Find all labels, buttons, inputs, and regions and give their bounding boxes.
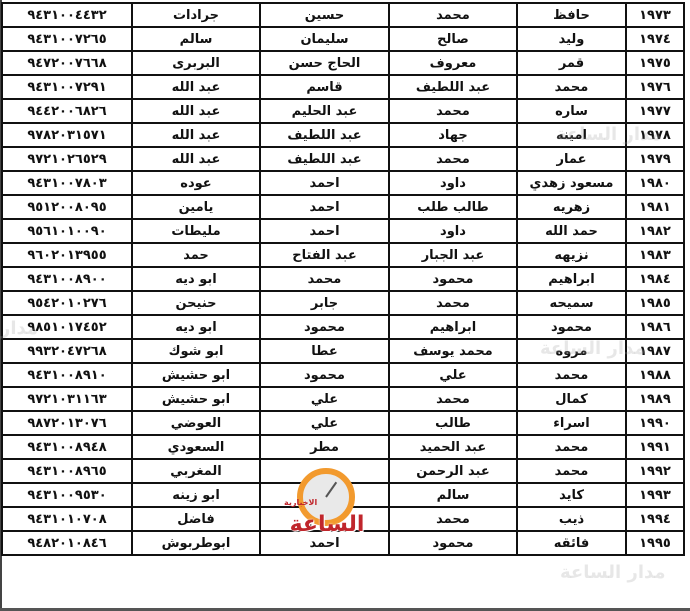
national-number: ٩٥٤٢٠١٠٢٧٦: [2, 291, 132, 315]
grandfather-name: عبد الفتاح: [260, 243, 389, 267]
first-name: محمد: [517, 435, 626, 459]
national-number: ٩٤٣١٠٠٩٥٣٠: [2, 483, 132, 507]
family-name: عبد الله: [132, 123, 260, 147]
table-row: ١٩٩٣ كايد سالم ابو زينه ٩٤٣١٠٠٩٥٣٠: [2, 483, 684, 507]
grandfather-name: احمد: [260, 219, 389, 243]
row-id: ١٩٧٤: [626, 27, 684, 51]
father-name: ابراهيم: [389, 315, 517, 339]
first-name: حمد الله: [517, 219, 626, 243]
table-row: ١٩٨٠ مسعود زهدي داود احمد عوده ٩٤٣١٠٠٧٨٠…: [2, 171, 684, 195]
national-number: ٩٨٥١٠١٧٤٥٢: [2, 315, 132, 339]
table-row: ١٩٨٨ محمد علي محمود ابو حشيش ٩٤٣١٠٠٨٩١٠: [2, 363, 684, 387]
father-name: عبد الجبار: [389, 243, 517, 267]
family-name: البربرى: [132, 51, 260, 75]
grandfather-name: محمد: [260, 267, 389, 291]
first-name: حافظ: [517, 3, 626, 27]
row-id: ١٩٩١: [626, 435, 684, 459]
table-row: ١٩٧٣ حافظ محمد حسين جرادات ٩٤٣١٠٠٤٤٣٢: [2, 3, 684, 27]
father-name: صالح: [389, 27, 517, 51]
father-name: محمود: [389, 267, 517, 291]
table-row: ١٩٩٥ فائقه محمود احمد ابوطربوش ٩٤٨٢٠١٠٨٤…: [2, 531, 684, 555]
national-number: ٩٤٣١٠٠٨٩٦٥: [2, 459, 132, 483]
father-name: عبد اللطيف: [389, 75, 517, 99]
grandfather-name: علي: [260, 411, 389, 435]
row-id: ١٩٩٣: [626, 483, 684, 507]
table-row: ١٩٧٦ محمد عبد اللطيف قاسم عبد الله ٩٤٣١٠…: [2, 75, 684, 99]
family-name: حمد: [132, 243, 260, 267]
first-name: مروه: [517, 339, 626, 363]
national-number: ٩٦٠٢٠١٣٩٥٥: [2, 243, 132, 267]
names-table: ١٩٧٣ حافظ محمد حسين جرادات ٩٤٣١٠٠٤٤٣٢ ١٩…: [1, 2, 685, 556]
faint-watermark: مدار الساعة: [560, 562, 666, 583]
row-id: ١٩٨٢: [626, 219, 684, 243]
family-name: عبد الله: [132, 147, 260, 171]
family-name: عوده: [132, 171, 260, 195]
grandfather-name: احمد: [260, 531, 389, 555]
grandfather-name: علي: [260, 387, 389, 411]
grandfather-name: احمد: [260, 195, 389, 219]
grandfather-name: [260, 483, 389, 507]
father-name: محمد: [389, 507, 517, 531]
table-row: ١٩٩٢ محمد عبد الرحمن المغربي ٩٤٣١٠٠٨٩٦٥: [2, 459, 684, 483]
family-name: المغربي: [132, 459, 260, 483]
father-name: محمد: [389, 3, 517, 27]
table-row: ١٩٩٠ اسراء طالب علي العوضي ٩٨٧٢٠١٣٠٧٦: [2, 411, 684, 435]
first-name: زهريه: [517, 195, 626, 219]
table-row: ١٩٧٩ عمار محمد عبد اللطيف عبد الله ٩٧٢١٠…: [2, 147, 684, 171]
family-name: ابو زينه: [132, 483, 260, 507]
national-number: ٩٤٣١٠٠٧٢٦٥: [2, 27, 132, 51]
first-name: ابراهيم: [517, 267, 626, 291]
table-row: ١٩٩١ محمد عبد الحميد مطر السعودي ٩٤٣١٠٠٨…: [2, 435, 684, 459]
row-id: ١٩٩٠: [626, 411, 684, 435]
father-name: محمد يوسف: [389, 339, 517, 363]
table-row: ١٩٩٤ ذيب محمد سالم فاضل ٩٤٣١٠١٠٧٠٨: [2, 507, 684, 531]
row-id: ١٩٨٧: [626, 339, 684, 363]
national-number: ٩٤٤٢٠٠٦٨٢٦: [2, 99, 132, 123]
grandfather-name: جابر: [260, 291, 389, 315]
grandfather-name: قاسم: [260, 75, 389, 99]
father-name: طالب: [389, 411, 517, 435]
father-name: طالب طلب: [389, 195, 517, 219]
family-name: حنيحن: [132, 291, 260, 315]
row-id: ١٩٨٨: [626, 363, 684, 387]
grandfather-name: عطا: [260, 339, 389, 363]
row-id: ١٩٨٥: [626, 291, 684, 315]
family-name: ابو حشيش: [132, 387, 260, 411]
grandfather-name: عبد الحليم: [260, 99, 389, 123]
national-number: ٩٤٨٢٠١٠٨٤٦: [2, 531, 132, 555]
grandfather-name: عبد اللطيف: [260, 123, 389, 147]
national-number: ٩٥١٢٠٠٨٠٩٥: [2, 195, 132, 219]
first-name: عمار: [517, 147, 626, 171]
family-name: عبد الله: [132, 99, 260, 123]
father-name: محمد: [389, 291, 517, 315]
family-name: العوضي: [132, 411, 260, 435]
row-id: ١٩٧٨: [626, 123, 684, 147]
national-number: ٩٥٦١٠١٠٠٩٠: [2, 219, 132, 243]
row-id: ١٩٨٤: [626, 267, 684, 291]
family-name: ابو حشيش: [132, 363, 260, 387]
grandfather-name: سالم: [260, 507, 389, 531]
father-name: عبد الرحمن: [389, 459, 517, 483]
national-number: ٩٨٧٢٠١٣٠٧٦: [2, 411, 132, 435]
national-number: ٩٧٢١٠٢٦٥٢٩: [2, 147, 132, 171]
national-number: ٩٤٣١٠٠٨٩١٠: [2, 363, 132, 387]
table-row: ١٩٧٨ امينه جهاد عبد اللطيف عبد الله ٩٧٨٢…: [2, 123, 684, 147]
table-row: ١٩٨٤ ابراهيم محمود محمد ابو ديه ٩٤٣١٠٠٨٩…: [2, 267, 684, 291]
grandfather-name: محمود: [260, 315, 389, 339]
row-id: ١٩٨٩: [626, 387, 684, 411]
row-id: ١٩٧٦: [626, 75, 684, 99]
first-name: امينه: [517, 123, 626, 147]
family-name: ابو ديه: [132, 267, 260, 291]
first-name: سميحه: [517, 291, 626, 315]
national-number: ٩٤٣١٠٠٨٩٤٨: [2, 435, 132, 459]
first-name: فائقه: [517, 531, 626, 555]
national-number: ٩٤٣١٠٠٧٨٠٣: [2, 171, 132, 195]
table-row: ١٩٨٣ نزيهه عبد الجبار عبد الفتاح حمد ٩٦٠…: [2, 243, 684, 267]
family-name: مليطات: [132, 219, 260, 243]
father-name: داود: [389, 219, 517, 243]
table-row: ١٩٨١ زهريه طالب طلب احمد يامين ٩٥١٢٠٠٨٠٩…: [2, 195, 684, 219]
father-name: محمد: [389, 99, 517, 123]
father-name: جهاد: [389, 123, 517, 147]
father-name: محمود: [389, 531, 517, 555]
grandfather-name: سليمان: [260, 27, 389, 51]
document-sheet: ١٩٧٣ حافظ محمد حسين جرادات ٩٤٣١٠٠٤٤٣٢ ١٩…: [0, 0, 690, 611]
family-name: عبد الله: [132, 75, 260, 99]
family-name: ابو شوك: [132, 339, 260, 363]
national-number: ٩٧٢١٠٣١١٦٣: [2, 387, 132, 411]
first-name: اسراء: [517, 411, 626, 435]
table-row: ١٩٧٤ وليد صالح سليمان سالم ٩٤٣١٠٠٧٢٦٥: [2, 27, 684, 51]
row-id: ١٩٧٩: [626, 147, 684, 171]
grandfather-name: احمد: [260, 171, 389, 195]
row-id: ١٩٨٣: [626, 243, 684, 267]
first-name: محمد: [517, 363, 626, 387]
table-row: ١٩٨٢ حمد الله داود احمد مليطات ٩٥٦١٠١٠٠٩…: [2, 219, 684, 243]
table-row: ١٩٨٦ محمود ابراهيم محمود ابو ديه ٩٨٥١٠١٧…: [2, 315, 684, 339]
family-name: ابوطربوش: [132, 531, 260, 555]
row-id: ١٩٩٤: [626, 507, 684, 531]
table-row: ١٩٧٧ ساره محمد عبد الحليم عبد الله ٩٤٤٢٠…: [2, 99, 684, 123]
grandfather-name: مطر: [260, 435, 389, 459]
row-id: ١٩٩٥: [626, 531, 684, 555]
row-id: ١٩٨١: [626, 195, 684, 219]
father-name: محمد: [389, 147, 517, 171]
first-name: محمد: [517, 459, 626, 483]
national-number: ٩٤٣١٠١٠٧٠٨: [2, 507, 132, 531]
first-name: كايد: [517, 483, 626, 507]
family-name: سالم: [132, 27, 260, 51]
first-name: مسعود زهدي: [517, 171, 626, 195]
first-name: محمود: [517, 315, 626, 339]
row-id: ١٩٨٦: [626, 315, 684, 339]
table-row: ١٩٧٥ قمر معروف الحاج حسن البربرى ٩٤٧٢٠٠٧…: [2, 51, 684, 75]
first-name: ساره: [517, 99, 626, 123]
grandfather-name: محمود: [260, 363, 389, 387]
father-name: محمد: [389, 387, 517, 411]
family-name: السعودي: [132, 435, 260, 459]
first-name: ذيب: [517, 507, 626, 531]
first-name: نزيهه: [517, 243, 626, 267]
row-id: ١٩٧٧: [626, 99, 684, 123]
father-name: عبد الحميد: [389, 435, 517, 459]
national-number: ٩٤٣١٠٠٧٢٩١: [2, 75, 132, 99]
father-name: داود: [389, 171, 517, 195]
row-id: ١٩٧٣: [626, 3, 684, 27]
national-number: ٩٤٣١٠٠٨٩٠٠: [2, 267, 132, 291]
father-name: سالم: [389, 483, 517, 507]
family-name: يامين: [132, 195, 260, 219]
grandfather-name: حسين: [260, 3, 389, 27]
table-row: ١٩٨٩ كمال محمد علي ابو حشيش ٩٧٢١٠٣١١٦٣: [2, 387, 684, 411]
row-id: ١٩٨٠: [626, 171, 684, 195]
grandfather-name: الحاج حسن: [260, 51, 389, 75]
father-name: معروف: [389, 51, 517, 75]
table-row: ١٩٨٥ سميحه محمد جابر حنيحن ٩٥٤٢٠١٠٢٧٦: [2, 291, 684, 315]
national-number: ٩٤٧٢٠٠٧٦٦٨: [2, 51, 132, 75]
family-name: جرادات: [132, 3, 260, 27]
first-name: محمد: [517, 75, 626, 99]
first-name: قمر: [517, 51, 626, 75]
family-name: فاضل: [132, 507, 260, 531]
first-name: كمال: [517, 387, 626, 411]
national-number: ٩٩٣٢٠٤٧٢٦٨: [2, 339, 132, 363]
row-id: ١٩٧٥: [626, 51, 684, 75]
family-name: ابو ديه: [132, 315, 260, 339]
father-name: علي: [389, 363, 517, 387]
national-number: ٩٧٨٢٠٣١٥٧١: [2, 123, 132, 147]
first-name: وليد: [517, 27, 626, 51]
grandfather-name: عبد اللطيف: [260, 147, 389, 171]
table-row: ١٩٨٧ مروه محمد يوسف عطا ابو شوك ٩٩٣٢٠٤٧٢…: [2, 339, 684, 363]
row-id: ١٩٩٢: [626, 459, 684, 483]
national-number: ٩٤٣١٠٠٤٤٣٢: [2, 3, 132, 27]
grandfather-name: [260, 459, 389, 483]
